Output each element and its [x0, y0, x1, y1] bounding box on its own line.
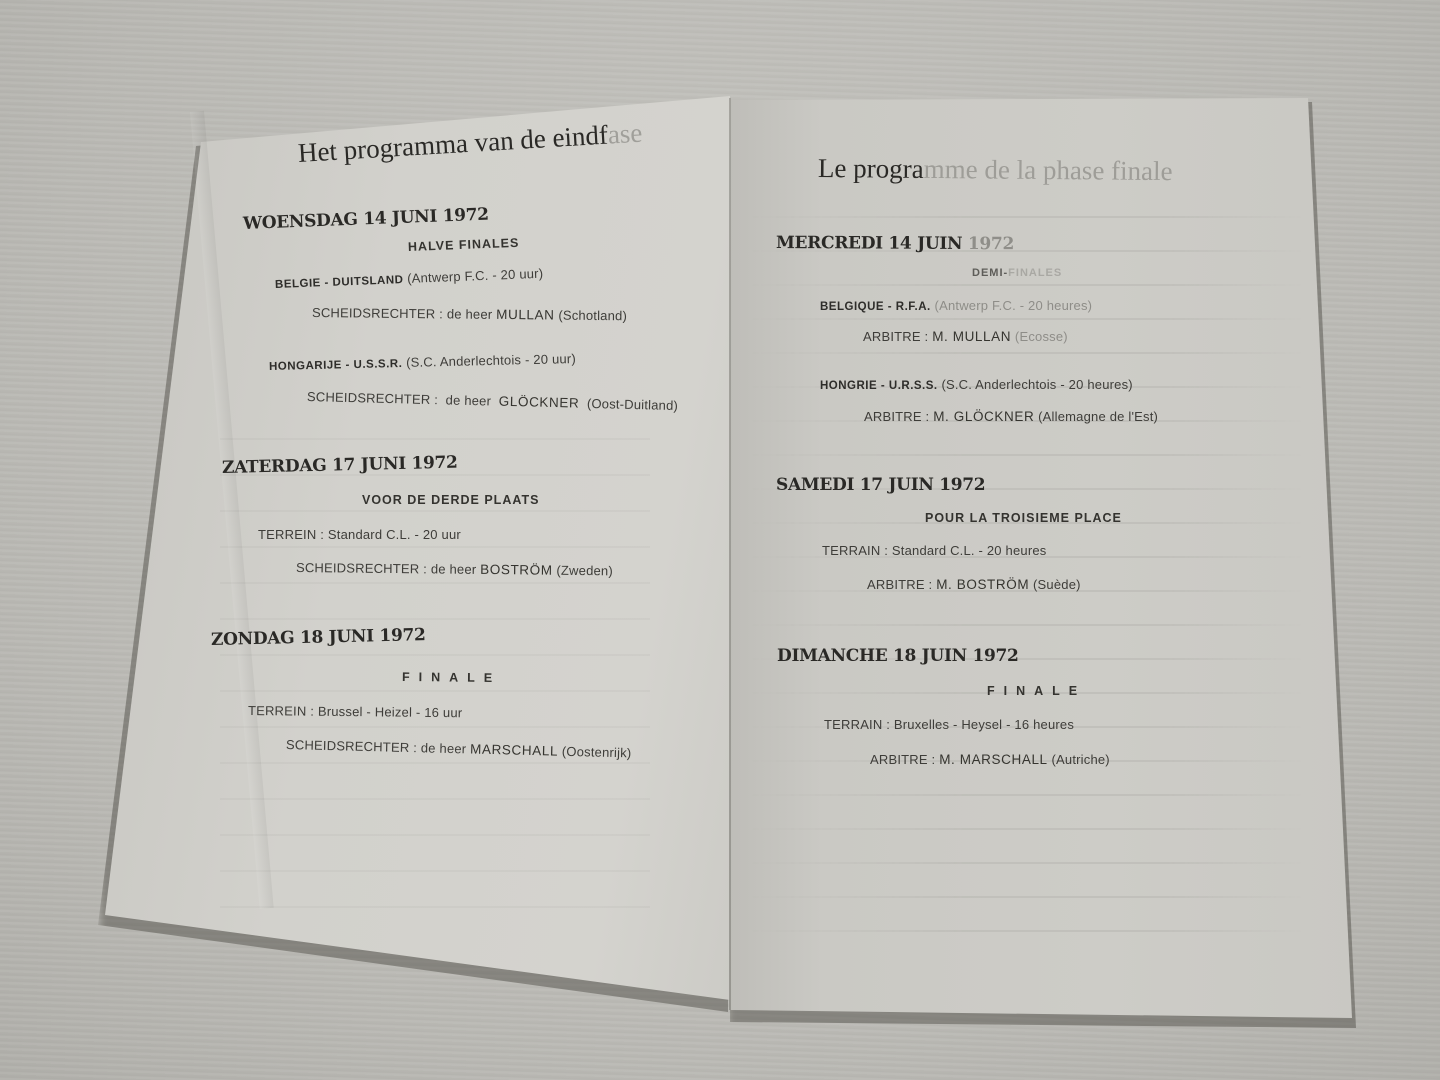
day-heading-samedi: SAMEDI 17 JUIN 1972: [776, 475, 985, 495]
referee-country: (Autriche): [1051, 752, 1109, 767]
referee-label: SCHEIDSRECHTER :: [312, 305, 443, 321]
terrain-line-heizel: TERREIN : Brussel - Heizel - 16 uur: [248, 703, 463, 720]
right-title-faded-tail: mme de la phase finale: [924, 154, 1173, 186]
stage-text: DEMI-: [972, 267, 1008, 279]
terrain-label: TERREIN :: [248, 703, 314, 719]
referee-title: de heer: [431, 561, 477, 576]
day-heading-dimanche: DIMANCHE 18 JUIN 1972: [777, 646, 1019, 666]
stage-faded-text: FINALES: [1008, 267, 1062, 279]
right-page-title: Le programme de la phase finale: [818, 153, 1173, 187]
referee-country: (Oostenrijk): [562, 744, 632, 761]
terrain-line-standard: TERREIN : Standard C.L. - 20 uur: [258, 527, 461, 542]
terrain-value: Standard C.L. - 20 heures: [892, 543, 1047, 558]
referee-title: de heer: [447, 306, 493, 321]
referee-label: SCHEIDSRECHTER :: [286, 737, 417, 755]
right-title-text: Le progra: [818, 153, 924, 184]
match-teams: HONGRIE - U.R.S.S.: [820, 380, 938, 392]
booklet-spine: [729, 98, 731, 1010]
referee-label: ARBITRE :: [864, 409, 929, 424]
match-venue-time: (S.C. Anderlechtois - 20 heures): [941, 377, 1132, 392]
match-belgique-rfa: BELGIQUE - R.F.A. (Antwerp F.C. - 20 heu…: [820, 298, 1092, 313]
match-teams: BELGIQUE - R.F.A.: [820, 301, 931, 313]
referee-name: BOSTRÖM: [480, 562, 553, 578]
referee-name: M. BOSTRÖM: [936, 577, 1029, 592]
referee-line-bostrom-fr: ARBITRE : M. BOSTRÖM (Suède): [867, 577, 1081, 592]
referee-line-marschall-fr: ARBITRE : M. MARSCHALL (Autriche): [870, 752, 1110, 767]
referee-label: ARBITRE :: [863, 329, 928, 344]
day-heading-mercredi: MERCREDI 14 JUIN 1972: [776, 233, 1014, 254]
terrain-label: TERRAIN :: [822, 543, 888, 558]
stage-demi-finales: DEMI-FINALES: [972, 267, 1062, 279]
terrain-value: Bruxelles - Heysel - 16 heures: [894, 717, 1074, 732]
match-venue-time: (Antwerp F.C. - 20 heures): [935, 298, 1093, 313]
referee-name: GLÖCKNER: [499, 394, 580, 411]
terrain-label: TERREIN :: [258, 527, 324, 542]
terrain-value: Brussel - Heizel - 16 uur: [318, 704, 463, 721]
referee-country: (Zweden): [556, 563, 613, 579]
referee-country: (Oost-Duitland): [587, 396, 678, 413]
stage-finale-fr: FINALE: [987, 684, 1086, 698]
terrain-line-standard-fr: TERRAIN : Standard C.L. - 20 heures: [822, 543, 1047, 558]
terrain-label: TERRAIN :: [824, 717, 890, 732]
referee-name: MULLAN: [496, 307, 555, 323]
day-heading-faded-year: 1972: [968, 234, 1014, 254]
referee-name: M. MULLAN: [932, 329, 1011, 344]
referee-country: (Suède): [1033, 577, 1081, 592]
referee-name: M. MARSCHALL: [939, 752, 1047, 767]
referee-name: MARSCHALL: [470, 742, 558, 759]
referee-name: M. GLÖCKNER: [933, 409, 1034, 424]
referee-title: de heer: [421, 740, 467, 756]
terrain-line-heysel: TERRAIN : Bruxelles - Heysel - 16 heures: [824, 717, 1074, 732]
left-title-faded-tail: ase: [607, 118, 643, 150]
stage-troisieme-place: POUR LA TROISIEME PLACE: [925, 511, 1122, 525]
stage-voor-de-derde-plaats: VOOR DE DERDE PLAATS: [362, 493, 539, 507]
referee-label: SCHEIDSRECHTER :: [296, 560, 427, 576]
referee-line-mullan-fr: ARBITRE : M. MULLAN (Ecosse): [863, 329, 1068, 344]
referee-label: SCHEIDSRECHTER :: [307, 389, 438, 407]
referee-country: (Schotland): [558, 308, 627, 324]
stage-finale: FINALE: [402, 670, 501, 685]
referee-title: de heer: [445, 392, 491, 408]
match-hongrie-urss: HONGRIE - U.R.S.S. (S.C. Anderlechtois -…: [820, 377, 1133, 392]
terrain-value: Standard C.L. - 20 uur: [328, 527, 461, 542]
referee-line-glockner-fr: ARBITRE : M. GLÖCKNER (Allemagne de l'Es…: [864, 409, 1158, 424]
referee-label: ARBITRE :: [870, 752, 935, 767]
referee-country: (Allemagne de l'Est): [1038, 409, 1158, 424]
referee-country: (Ecosse): [1015, 329, 1068, 344]
referee-label: ARBITRE :: [867, 577, 932, 592]
day-heading-text: MERCREDI 14 JUIN: [776, 233, 962, 254]
